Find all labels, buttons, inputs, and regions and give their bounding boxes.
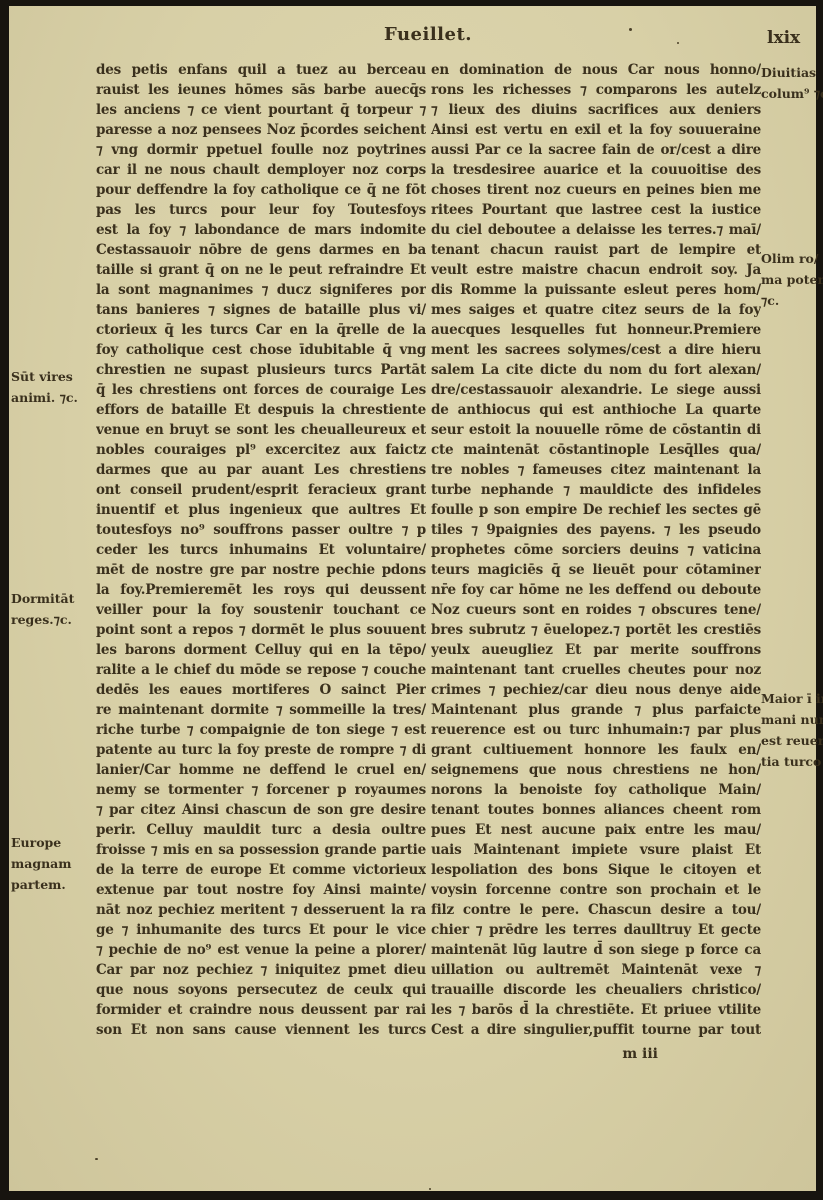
margin-note: Sūt vires animi. ⁊c. [11, 366, 78, 408]
text-line: formider et craindre nous deussent par r… [96, 1000, 426, 1020]
text-line: prophetes cōme sorciers deuins ⁊ vaticin… [431, 540, 761, 560]
text-line: foy catholique cest chose īdubitable q̄ … [96, 340, 426, 360]
text-line: Noz cueurs sont en roides ⁊ obscures ten… [431, 600, 761, 620]
text-line: bres subrutz ⁊ ēuelopez.⁊ portēt les cre… [431, 620, 761, 640]
ink-speck [677, 42, 679, 44]
ink-speck [429, 1188, 431, 1190]
text-line: point sont a repos ⁊ dormēt le plus souu… [96, 620, 426, 640]
text-line: ctorieux q̄ les turcs Car en la q̄relle … [96, 320, 426, 340]
margin-note-line: tia turco ⁊c [761, 751, 823, 772]
text-line: chier ⁊ prēdre les terres daulltruy Et g… [431, 920, 761, 940]
text-line: du ciel deboutee a delaisse les terres.⁊… [431, 220, 761, 240]
text-line: lespoliation des bons Sique le citoyen e… [431, 860, 761, 880]
text-line: les barons dorment Celluy qui en la tēpo… [96, 640, 426, 660]
text-line: aussi Par ce la sacree fain de or/cest a… [431, 140, 761, 160]
text-line: la tresdesiree auarice et la couuoitise … [431, 160, 761, 180]
running-title: Fueillet. [384, 24, 472, 45]
text-line: filz contre le pere. Chascun desire a to… [431, 900, 761, 920]
text-line: grant cultiuement honnore les faulx en/ [431, 740, 761, 760]
text-line: veult estre maistre chacun endroit soy. … [431, 260, 761, 280]
text-line: de la terre de europe Et comme victorieu… [96, 860, 426, 880]
text-line: perir. Celluy mauldit turc a desia oultr… [96, 820, 426, 840]
text-line: paresse a noz pensees Noz p̄cordes seich… [96, 120, 426, 140]
text-line: cte maintenāt cōstantinople Lesq̄lles qu… [431, 440, 761, 460]
margin-note: Diuitias colum⁹ ⁊c. [761, 62, 823, 104]
ink-speck [95, 1158, 98, 1160]
margin-note-line: animi. ⁊c. [11, 387, 78, 408]
text-line: auecques lesquelles fut honneur.Premiere [431, 320, 761, 340]
text-line: chrestien ne supast plusieurs turcs Part… [96, 360, 426, 380]
folio-number: lxix [767, 28, 800, 48]
text-line: norons la benoiste foy catholique Main/ [431, 780, 761, 800]
text-column-left: des petis enfans quil a tuez au berceaur… [96, 60, 426, 1040]
margin-note-line: partem. [11, 874, 71, 895]
text-line: extenue par tout nostre foy Ainsi mainte… [96, 880, 426, 900]
text-line: tiles ⁊ 9paignies des payens. ⁊ les pseu… [431, 520, 761, 540]
text-line: Car par noz pechiez ⁊ iniquitez pmet die… [96, 960, 426, 980]
text-line: maintenāt lūg lautre d̄ son siege p forc… [431, 940, 761, 960]
text-line: venue en bruyt se sont les cheualleureux… [96, 420, 426, 440]
margin-note: Dormitāt reges.⁊c. [11, 588, 74, 630]
margin-note: Maior ī im mani nunc est reueren tia tur… [761, 688, 823, 772]
text-line: dedēs les eaues mortiferes O sainct Pier [96, 680, 426, 700]
text-line: ge ⁊ inhumanite des turcs Et pour le vic… [96, 920, 426, 940]
text-line: nr̄e foy car hōme ne les deffend ou debo… [431, 580, 761, 600]
text-line: dis Romme la puissante esleut peres hom/ [431, 280, 761, 300]
quire-signature: m iii [431, 1046, 761, 1062]
text-line: car il ne nous chault demployer noz corp… [96, 160, 426, 180]
text-line: maintenant tant cruelles cheutes pour no… [431, 660, 761, 680]
margin-note-line: ma potens [761, 269, 823, 290]
margin-note-line: mani nunc [761, 709, 823, 730]
text-line: est la foy ⁊ labondance de mars indomite [96, 220, 426, 240]
text-line: mēt de nostre gre par nostre pechie pdon… [96, 560, 426, 580]
text-line: toutesfoys no⁹ souffrons passer oultre ⁊… [96, 520, 426, 540]
text-line: la foy.Premieremēt les roys qui deussent [96, 580, 426, 600]
text-line: taille si grant q̄ on ne le peut refrain… [96, 260, 426, 280]
text-line: de anthiocus qui est anthioche La quarte [431, 400, 761, 420]
text-line: ⁊ pechie de no⁹ est venue la peine a plo… [96, 940, 426, 960]
text-line: les anciens ⁊ ce vient pourtant q̄ torpe… [96, 100, 426, 120]
text-line: veiller pour la foy soustenir touchant c… [96, 600, 426, 620]
text-line: nemy se tormenter ⁊ forcener p royaumes [96, 780, 426, 800]
text-line: ritees Pourtant que lastree cest la iust… [431, 200, 761, 220]
text-line: ralite a le chief du mōde se repose ⁊ co… [96, 660, 426, 680]
margin-note-line: Sūt vires [11, 366, 78, 387]
text-line: seignemens que nous chrestiens ne hon/ [431, 760, 761, 780]
margin-note-line: Olim ro/ [761, 248, 823, 269]
text-line: riche turbe ⁊ compaignie de ton siege ⁊ … [96, 720, 426, 740]
text-line: tenant toutes bonnes aliances cheent rom [431, 800, 761, 820]
text-line: tans banieres ⁊ signes de bataille plus … [96, 300, 426, 320]
text-line: voysin forcenne contre son prochain et l… [431, 880, 761, 900]
text-line: darmes que au par auant Les chrestiens [96, 460, 426, 480]
text-line: que nous soyons persecutez de ceulx qui [96, 980, 426, 1000]
text-line: ceder les turcs inhumains Et voluntaire/ [96, 540, 426, 560]
text-line: des petis enfans quil a tuez au berceau [96, 60, 426, 80]
margin-note-line: Diuitias [761, 62, 823, 83]
ink-speck [629, 28, 632, 31]
text-line: Cestassauoir nōbre de gens darmes en ba [96, 240, 426, 260]
text-line: seur estoit la nouuelle rōme de cōstanti… [431, 420, 761, 440]
scanned-book-page: Fueillet. lxix Sūt vires animi. ⁊c. Dorm… [0, 0, 823, 1200]
margin-note-line: ⁊c. [761, 290, 823, 311]
text-line: lanier/Car homme ne deffend le cruel en/ [96, 760, 426, 780]
text-line: rons les richesses ⁊ comparons les autel… [431, 80, 761, 100]
text-line: pour deffendre la foy catholique ce q̄ n… [96, 180, 426, 200]
text-line: teurs magiciēs q̄ se lieuēt pour cōtamin… [431, 560, 761, 580]
margin-note-line: colum⁹ ⁊c. [761, 83, 823, 104]
text-line: yeulx aueugliez Et par merite souffrons [431, 640, 761, 660]
text-line: tenant chacun rauist part de lempire et [431, 240, 761, 260]
text-line: Maintenant plus grande ⁊ plus parfaicte [431, 700, 761, 720]
text-line: inuentif et plus ingenieux que aultres E… [96, 500, 426, 520]
text-line: pas les turcs pour leur foy Toutesfoys [96, 200, 426, 220]
text-line: trauaille discorde les cheualiers christ… [431, 980, 761, 1000]
text-line: tre nobles ⁊ fameuses citez maintenant l… [431, 460, 761, 480]
paper-surface: Fueillet. lxix Sūt vires animi. ⁊c. Dorm… [9, 6, 816, 1191]
text-line: uillation ou aultremēt Maintenāt vexe ⁊ [431, 960, 761, 980]
text-line: nobles couraiges pl⁹ excercitez aux faic… [96, 440, 426, 460]
text-line: les ⁊ barōs d̄ la chrestiēte. Et priuee … [431, 1000, 761, 1020]
text-line: ⁊ vng dormir ppetuel foulle noz poytrine… [96, 140, 426, 160]
text-line: ont conseil prudent/esprit feracieux gra… [96, 480, 426, 500]
text-line: effors de bataille Et despuis la chresti… [96, 400, 426, 420]
text-line: la sont magnanimes ⁊ ducz signiferes por [96, 280, 426, 300]
margin-note-line: Europe [11, 832, 71, 853]
text-line: pues Et nest aucune paix entre les mau/ [431, 820, 761, 840]
text-line: patente au turc la foy preste de rompre … [96, 740, 426, 760]
text-line: crimes ⁊ pechiez/car dieu nous denye aid… [431, 680, 761, 700]
text-line: rauist les ieunes hōmes sās barbe auecq̄… [96, 80, 426, 100]
text-line: uais Maintenant impiete vsure plaist Et [431, 840, 761, 860]
text-line: ⁊ lieux des diuins sacrifices aux denier… [431, 100, 761, 120]
text-line: froisse ⁊ mis en sa possession grande pa… [96, 840, 426, 860]
text-column-right: en domination de nous Car nous honno/ron… [431, 60, 761, 1040]
text-line: Ainsi est vertu en exil et la foy souuer… [431, 120, 761, 140]
text-line: turbe nephande ⁊ mauldicte des infideles [431, 480, 761, 500]
margin-note-line: est reueren [761, 730, 823, 751]
margin-note-line: magnam [11, 853, 71, 874]
text-line: ment les sacrees solymes/cest a dire hie… [431, 340, 761, 360]
text-line: Cest a dire singulier,puffit tourne par … [431, 1020, 761, 1040]
text-line: son Et non sans cause viennent les turcs [96, 1020, 426, 1040]
text-line: salem La cite dicte du nom du fort alexa… [431, 360, 761, 380]
text-line: reuerence est ou turc inhumain:⁊ par plu… [431, 720, 761, 740]
text-line: en domination de nous Car nous honno/ [431, 60, 761, 80]
margin-note: Olim ro/ ma potens ⁊c. [761, 248, 823, 311]
margin-note-line: reges.⁊c. [11, 609, 74, 630]
text-line: mes saiges et quatre citez seurs de la f… [431, 300, 761, 320]
text-line: nāt noz pechiez meritent ⁊ desseruent la… [96, 900, 426, 920]
margin-note-line: Dormitāt [11, 588, 74, 609]
text-line: dre/cestassauoir alexandrie. Le siege au… [431, 380, 761, 400]
margin-note-line: Maior ī im [761, 688, 823, 709]
text-line: ⁊ par citez Ainsi chascun de son gre des… [96, 800, 426, 820]
margin-note: Europe magnam partem. [11, 832, 71, 895]
text-line: choses tirent noz cueurs en peines bien … [431, 180, 761, 200]
text-line: foulle p son empire De rechief les secte… [431, 500, 761, 520]
text-line: q̄ les chrestiens ont forces de couraige… [96, 380, 426, 400]
text-line: re maintenant dormite ⁊ sommeille la tre… [96, 700, 426, 720]
